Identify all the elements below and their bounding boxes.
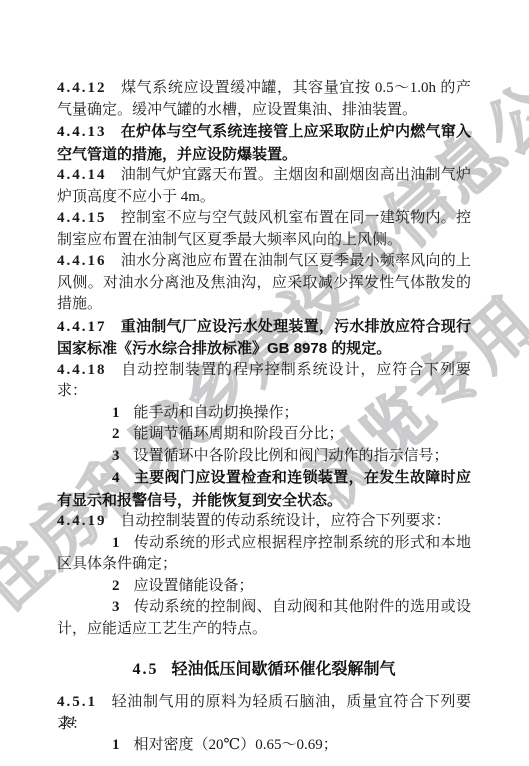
clause-number: 4.4.13 [57, 124, 107, 140]
clause-number: 4.4.15 [57, 210, 107, 226]
item-number: 1 [112, 535, 120, 551]
section-number: 4.5 [132, 661, 158, 678]
clause-text: 自动控制装置的传动系统设计，应符合下列要求： [121, 513, 451, 529]
clause-4-4-19: 4.4.19自动控制装置的传动系统设计，应符合下列要求： [57, 511, 471, 533]
clause-4-5-1: 4.5.1轻油制气用的原料为轻质石脑油，质量宜符合下列要求： [57, 692, 471, 735]
page-content: 4.4.12煤气系统应设置缓冲罐，其容量宜按 0.5～1.0h 的产气量确定。缓… [57, 78, 471, 757]
item-number: 3 [112, 448, 120, 464]
item-number: 2 [112, 578, 120, 594]
clause-4-4-18-item-2: 2能调节循环周期和阶段百分比； [57, 424, 471, 446]
clause-text: 控制室不应与空气鼓风机室布置在同一建筑物内。控制室应布置在油制气区夏季最大频率风… [57, 210, 471, 248]
item-text: 能调节循环周期和阶段百分比； [134, 426, 344, 442]
item-text: 能手动和自动切换操作； [134, 405, 299, 421]
clause-4-4-19-item-1: 1传动系统的形式应根据程序控制系统的形式和本地区具体条件确定； [57, 533, 471, 576]
clause-text: 在炉体与空气系统连接管上应采取防止炉内燃气窜入空气管道的措施，并应设防爆装置。 [57, 123, 471, 163]
item-number: 1 [112, 405, 120, 421]
item-text: 相对密度（20℃）0.65～0.69； [134, 737, 338, 753]
clause-4-4-18-item-1: 1能手动和自动切换操作； [57, 403, 471, 425]
clause-4-4-18-item-4: 4主要阀门应设置检查和连锁装置，在发生故障时应有显示和报警信号，并能恢复到安全状… [57, 467, 471, 511]
clause-text: 重油制气厂应设污水处理装置，污水排放应符合现行国家标准《污水综合排放标准》GB … [57, 318, 471, 358]
clause-4-4-19-item-2: 2应设置储能设备； [57, 576, 471, 598]
clause-text: 轻油制气用的原料为轻质石脑油，质量宜符合下列要求： [57, 694, 471, 732]
item-number: 1 [112, 737, 120, 753]
clause-4-4-13: 4.4.13在炉体与空气系统连接管上应采取防止炉内燃气窜入空气管道的措施，并应设… [57, 121, 471, 165]
clause-number: 4.5.1 [57, 694, 97, 710]
page-number: 24 [60, 712, 75, 732]
document-page: 住房和城乡建设部信息公开 浏览专用 4.4.12煤气系统应设置缓冲罐，其容量宜按… [0, 0, 529, 766]
clause-number: 4.4.19 [57, 513, 107, 529]
clause-text: 油水分离池应布置在油制气区夏季最小频率风向的上风侧。对油水分离池及焦油沟，应采取… [57, 253, 471, 312]
clause-4-5-1-item-1: 1相对密度（20℃）0.65～0.69； [57, 735, 471, 757]
section-heading-4-5: 4.5轻油低压间歇循环催化裂解制气 [57, 659, 471, 681]
clause-4-4-15: 4.4.15控制室不应与空气鼓风机室布置在同一建筑物内。控制室应布置在油制气区夏… [57, 208, 471, 251]
clause-4-4-12: 4.4.12煤气系统应设置缓冲罐，其容量宜按 0.5～1.0h 的产气量确定。缓… [57, 78, 471, 121]
clause-number: 4.4.16 [57, 253, 107, 269]
clause-text: 油制气炉宜露天布置。主烟囱和副烟囱高出油制气炉炉顶高度不应小于 4m。 [57, 167, 471, 205]
clause-number: 4.4.14 [57, 167, 107, 183]
item-text: 设置循环中各阶段比例和阀门动作的指示信号； [134, 448, 449, 464]
clause-text: 煤气系统应设置缓冲罐，其容量宜按 0.5～1.0h 的产气量确定。缓冲气罐的水槽… [57, 80, 471, 118]
item-text: 应设置储能设备； [134, 578, 254, 594]
item-number: 2 [112, 426, 120, 442]
item-number: 4 [112, 470, 120, 486]
clause-4-4-17: 4.4.17重油制气厂应设污水处理装置，污水排放应符合现行国家标准《污水综合排放… [57, 316, 471, 360]
clause-4-4-16: 4.4.16油水分离池应布置在油制气区夏季最小频率风向的上风侧。对油水分离池及焦… [57, 251, 471, 316]
clause-number: 4.4.12 [57, 80, 107, 96]
section-title: 轻油低压间歇循环催化裂解制气 [171, 661, 395, 678]
clause-text: 自动控制装置的程序控制系统设计，应符合下列要求： [57, 362, 471, 400]
clause-number: 4.4.17 [57, 319, 107, 335]
clause-4-4-18: 4.4.18自动控制装置的程序控制系统设计，应符合下列要求： [57, 360, 471, 403]
clause-number: 4.4.18 [57, 362, 107, 378]
item-number: 3 [112, 599, 120, 615]
clause-4-4-18-item-3: 3设置循环中各阶段比例和阀门动作的指示信号； [57, 446, 471, 468]
clause-4-4-19-item-3: 3传动系统的控制阀、自动阀和其他附件的选用或设计，应能适应工艺生产的特点。 [57, 597, 471, 640]
clause-4-4-14: 4.4.14油制气炉宜露天布置。主烟囱和副烟囱高出油制气炉炉顶高度不应小于 4m… [57, 165, 471, 208]
